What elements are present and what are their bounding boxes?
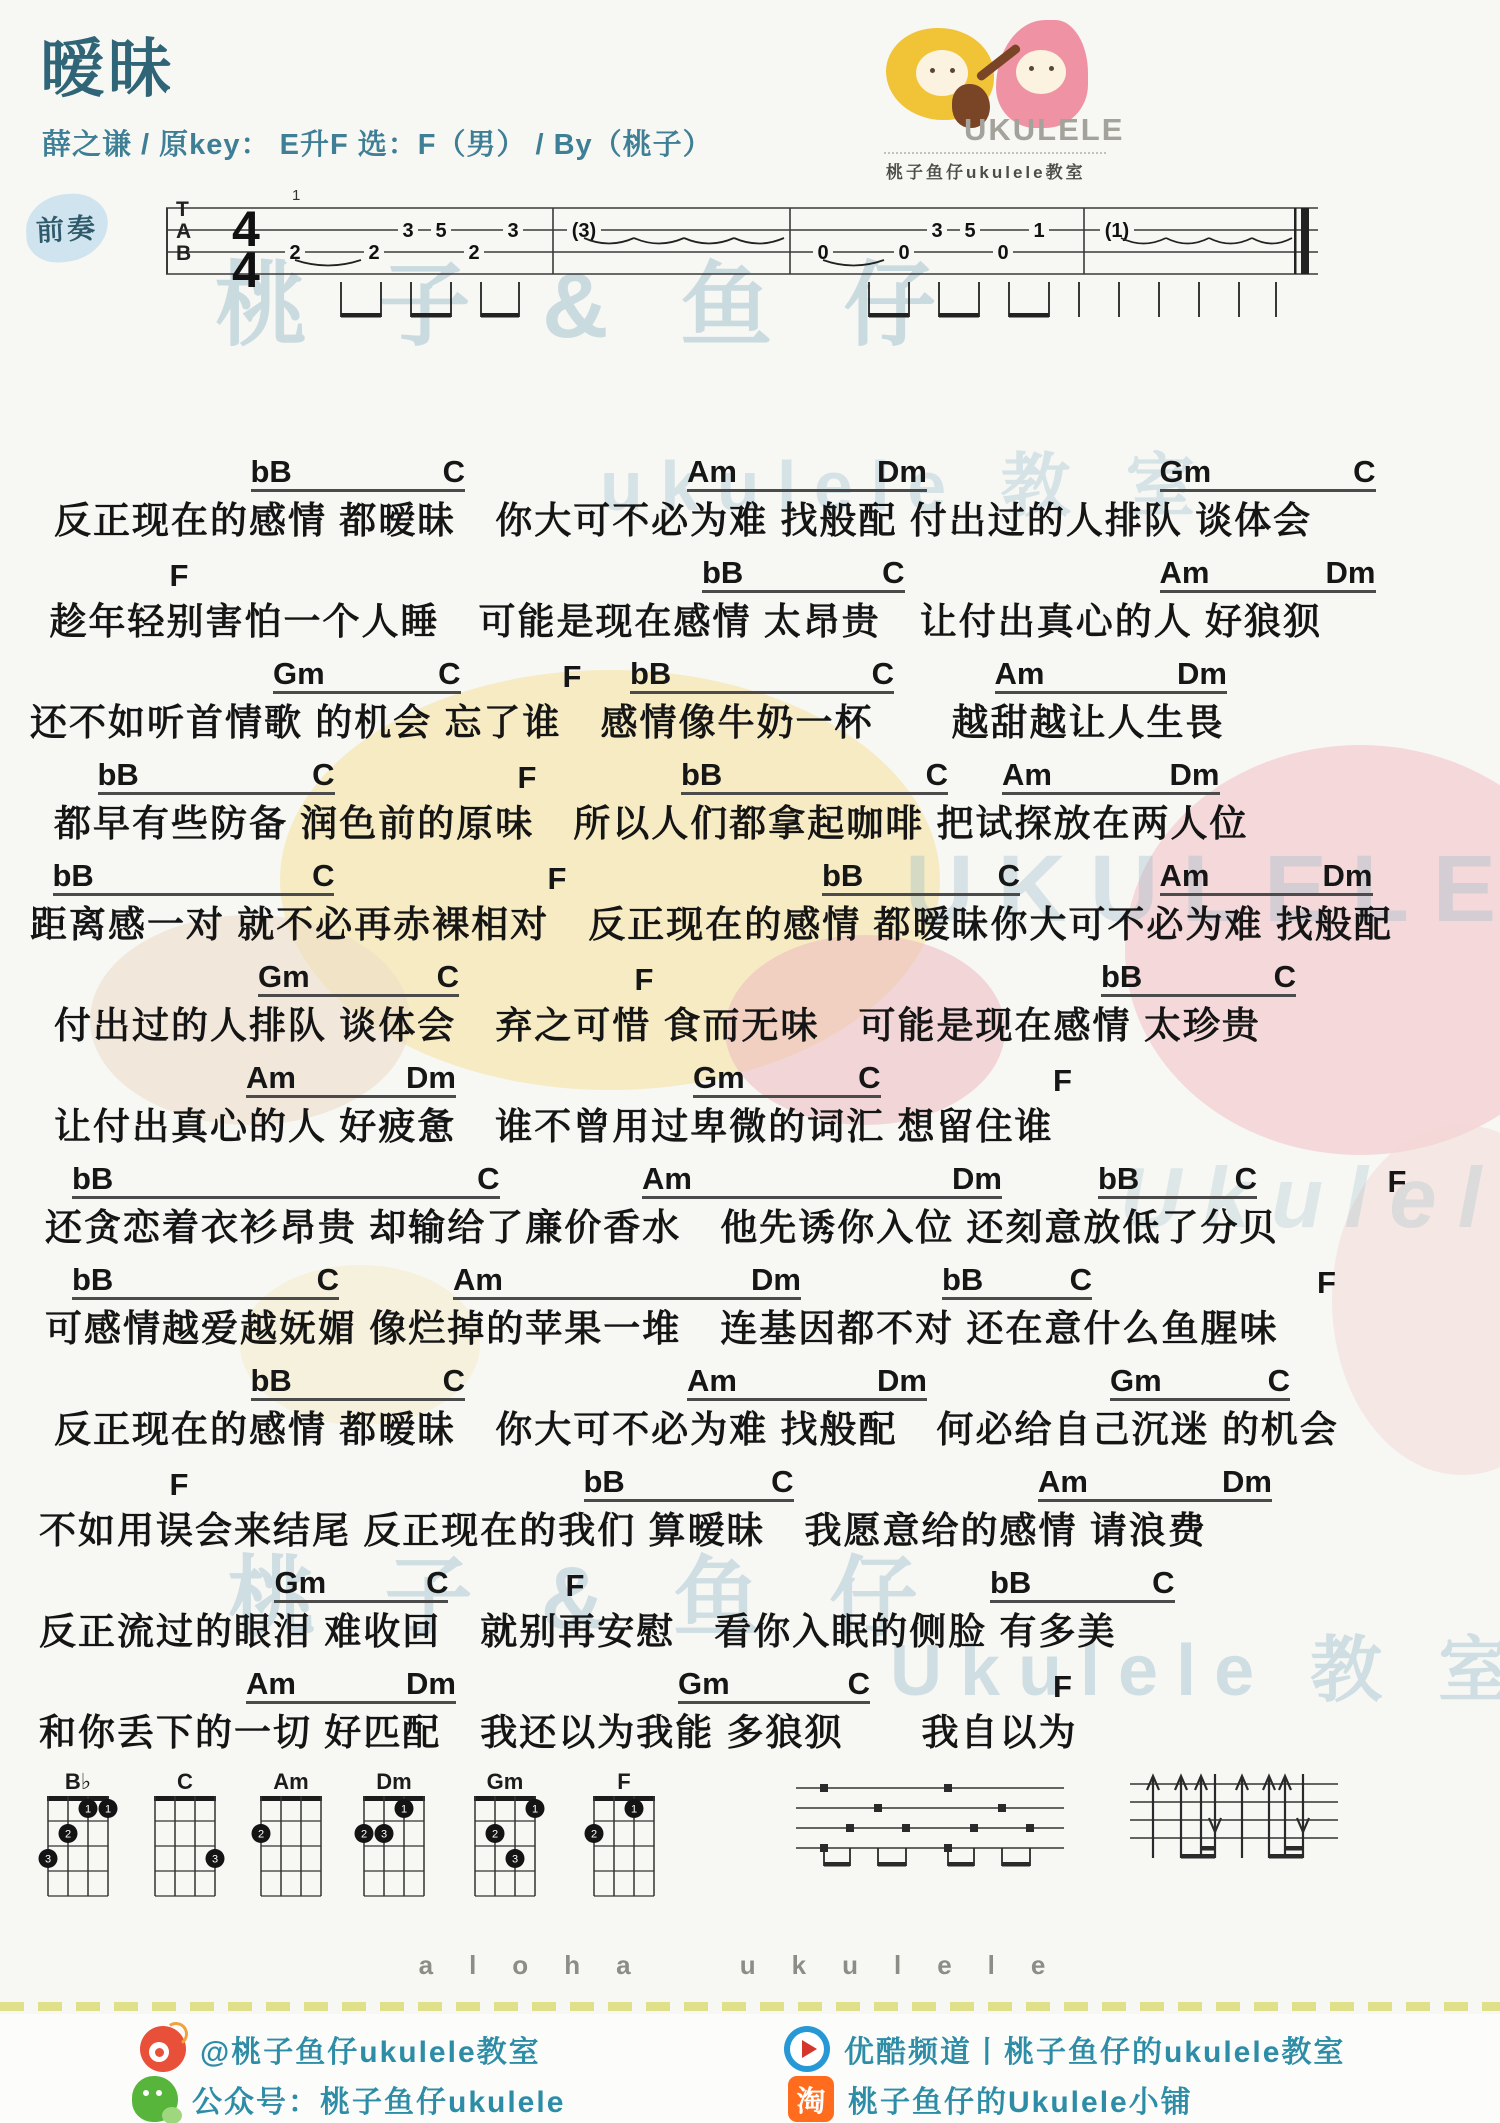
chord-row: bBCFbBCAmDm	[0, 856, 1500, 898]
chord-label: F	[1317, 1267, 1336, 1298]
chord-row: bBCAmDmGmC	[0, 1361, 1500, 1403]
song-meta: 薛之谦 / 原key： E升F 选：F（男） / By（桃子）	[42, 122, 713, 163]
logo-caption: 桃子鱼仔ukulele教室	[886, 158, 1086, 183]
chord-label: Am	[995, 658, 1045, 689]
chord-label: bB	[251, 456, 292, 487]
chord-group: F	[1388, 1166, 1407, 1199]
svg-text:1: 1	[105, 1804, 111, 1816]
chord-group: bBC	[98, 759, 335, 795]
chord-label: Am	[246, 1668, 296, 1699]
chord-label: Gm	[678, 1668, 730, 1699]
chord-group: bBC	[251, 456, 466, 492]
chord-label: C	[858, 1062, 880, 1093]
chord-label: Dm	[751, 1264, 801, 1295]
footer-weibo: @桃子鱼仔ukulele教室	[140, 2026, 541, 2072]
chord-label: C	[426, 1567, 448, 1598]
chord-diagram-section: B♭1123C3Am2Dm123Gm123F12	[0, 1772, 1500, 1942]
chord-label: C	[477, 1163, 499, 1194]
chord-label: Am	[453, 1264, 503, 1295]
lyrics-section: bBCAmDmGmC反正现在的感情 都暧昧 你大可不必为难 找般配 付出过的人排…	[0, 452, 1500, 1765]
chord-label: C	[771, 1466, 793, 1497]
chord-label: C	[1268, 1365, 1290, 1396]
svg-text:3: 3	[45, 1854, 51, 1866]
svg-text:2: 2	[368, 242, 379, 264]
chord-group: bBC	[1098, 1163, 1257, 1199]
svg-text:3: 3	[931, 220, 942, 242]
chord-group: GmC	[1160, 456, 1376, 492]
chord-label: C	[312, 860, 334, 891]
chord-row: bBCAmDmbBCF	[0, 1159, 1500, 1201]
svg-text:2: 2	[492, 1829, 498, 1841]
chord-row: bBCAmDmGmC	[0, 452, 1500, 494]
chord-label: Dm	[1323, 860, 1373, 891]
chord-row: AmDmGmCF	[0, 1664, 1500, 1706]
svg-text:3: 3	[381, 1829, 387, 1841]
lyric-line: 都早有些防备 润色前的原味 所以人们都拿起咖啡 把试探放在两人位	[0, 797, 1500, 851]
chord-diagram-F: F12	[582, 1772, 666, 1922]
page-title: 暧昧	[40, 18, 176, 110]
chord-label: Gm	[1160, 456, 1212, 487]
chord-label: C	[1353, 456, 1375, 487]
svg-text:0: 0	[898, 242, 909, 264]
footer-wechat: 公众号：桃子鱼仔ukulele	[132, 2076, 565, 2122]
chord-label: Am	[642, 1163, 692, 1194]
chord-group: AmDm	[995, 658, 1228, 694]
chord-row: FbBCAmDm	[0, 553, 1500, 595]
chord-group: bBC	[702, 557, 905, 593]
chord-label: Gm	[258, 961, 310, 992]
chord-group: F	[518, 762, 537, 795]
chord-label: Am	[1038, 1466, 1088, 1497]
chord-label: C	[443, 1365, 465, 1396]
chord-group: AmDm	[1038, 1466, 1272, 1502]
chord-label: bB	[584, 1466, 625, 1497]
aloha-ukulele-text: aloha ukulele	[0, 1950, 1500, 1981]
chord-group: AmDm	[1160, 557, 1376, 593]
chord-label: bB	[1101, 961, 1142, 992]
chord-label: Gm	[693, 1062, 745, 1093]
chord-group: bBC	[584, 1466, 794, 1502]
strum-pattern	[1124, 1770, 1344, 1890]
footer: @桃子鱼仔ukulele教室 优酷频道丨桃子鱼仔的ukulele教室 公众号：桃…	[0, 2014, 1500, 2123]
footer-wechat-text: 公众号：桃子鱼仔ukulele	[192, 2077, 565, 2121]
song-line: FbBCAmDm不如用误会来结尾 反正现在的我们 算暧昧 我愿意给的感情 请浪费	[0, 1462, 1500, 1563]
song-line: FbBCAmDm趁年轻别害怕一个人睡 可能是现在感情 太昂贵 让付出真心的人 好…	[0, 553, 1500, 654]
chord-label: Gm	[273, 658, 325, 689]
svg-text:3: 3	[512, 1854, 518, 1866]
chord-group: bBC	[1101, 961, 1296, 997]
chord-label: bB	[630, 658, 671, 689]
chord-label: C	[1274, 961, 1296, 992]
chord-label: Dm	[877, 456, 927, 487]
wechat-icon	[132, 2076, 178, 2122]
chord-group: GmC	[1110, 1365, 1290, 1401]
lyric-line: 还不如听首情歌 的机会 忘了谁 感情像牛奶一杯 越甜越让人生畏	[0, 696, 1500, 750]
lyric-line: 付出过的人排队 谈体会 弃之可惜 食而无味 可能是现在感情 太珍贵	[0, 999, 1500, 1053]
chord-label: C	[882, 557, 904, 588]
chord-label: Am	[687, 1365, 737, 1396]
intro-tab-staff: TAB441223523(3)003501(1)	[166, 186, 1326, 361]
chord-label: C	[998, 860, 1020, 891]
song-line: bBCAmDmGmC反正现在的感情 都暧昧 你大可不必为难 找般配 何必给自己沉…	[0, 1361, 1500, 1462]
chord-group: GmC	[693, 1062, 881, 1098]
svg-text:Dm: Dm	[376, 1772, 411, 1794]
chord-label: Dm	[952, 1163, 1002, 1194]
footer-taobao-text: 桃子鱼仔的Ukulele小铺	[848, 2077, 1193, 2121]
svg-text:2: 2	[591, 1829, 597, 1841]
chord-group: bBC	[53, 860, 335, 896]
chord-label: Gm	[1110, 1365, 1162, 1396]
chord-label: Dm	[406, 1062, 456, 1093]
chord-group: AmDm	[246, 1668, 456, 1704]
chord-diagram-C: C3	[143, 1772, 227, 1922]
chord-label: bB	[822, 860, 863, 891]
youku-icon	[784, 2026, 830, 2072]
chord-group: F	[563, 661, 582, 694]
svg-text:T: T	[176, 198, 189, 221]
svg-text:3: 3	[212, 1854, 218, 1866]
svg-text:C: C	[177, 1772, 193, 1794]
chord-group: AmDm	[1160, 860, 1373, 896]
song-line: bBCFbBCAmDm距离感一对 就不必再赤裸相对 反正现在的感情 都暧昧你大可…	[0, 856, 1500, 957]
svg-text:(1): (1)	[1105, 220, 1129, 242]
song-line: GmCFbBC反正流过的眼泪 难收回 就别再安慰 看你入眠的侧脸 有多美	[0, 1563, 1500, 1664]
lyric-line: 趁年轻别害怕一个人睡 可能是现在感情 太昂贵 让付出真心的人 好狼狈	[0, 595, 1500, 649]
studio-logo: UKULELE 桃子鱼仔ukulele教室	[878, 16, 1108, 176]
svg-text:B: B	[176, 242, 191, 265]
svg-text:5: 5	[435, 220, 446, 242]
lyric-line: 还贪恋着衣衫昂贵 却输给了廉价香水 他先诱你入位 还刻意放低了分贝	[0, 1201, 1500, 1255]
svg-text:A: A	[176, 220, 191, 243]
svg-text:0: 0	[997, 242, 1008, 264]
chord-label: Am	[1002, 759, 1052, 790]
footer-taobao: 淘 桃子鱼仔的Ukulele小铺	[788, 2076, 1193, 2122]
chord-label: bB	[942, 1264, 983, 1295]
chord-row: AmDmGmCF	[0, 1058, 1500, 1100]
chord-label: bB	[72, 1264, 113, 1295]
picking-pattern	[790, 1776, 1070, 1876]
chord-row: bBCFbBCAmDm	[0, 755, 1500, 797]
chord-label: C	[1152, 1567, 1174, 1598]
chord-label: bB	[98, 759, 139, 790]
dashed-divider	[0, 2002, 1500, 2011]
chord-label: Am	[687, 456, 737, 487]
chord-label: Gm	[274, 1567, 326, 1598]
logo-divider	[884, 152, 1106, 154]
chord-group: AmDm	[687, 1365, 927, 1401]
chord-group: F	[170, 1469, 189, 1502]
svg-text:1: 1	[85, 1804, 91, 1816]
svg-text:3: 3	[507, 220, 518, 242]
intro-badge: 前奏	[24, 192, 109, 264]
taobao-icon: 淘	[788, 2076, 834, 2122]
chord-label: F	[518, 762, 537, 793]
chord-sheet-page: 桃 子 & 鱼 仔ukulele 教 室UKULELEUkulele桃 子 & …	[0, 0, 1500, 2123]
svg-text:5: 5	[964, 220, 975, 242]
svg-text:1: 1	[532, 1804, 538, 1816]
chord-label: C	[437, 961, 459, 992]
chord-label: bB	[1098, 1163, 1139, 1194]
chord-group: bBC	[251, 1365, 466, 1401]
chord-diagram-Gm: Gm123	[463, 1772, 547, 1922]
chord-row: GmCFbBC	[0, 957, 1500, 999]
footer-youku-text: 优酷频道丨桃子鱼仔的ukulele教室	[844, 2027, 1345, 2071]
chord-label: F	[1388, 1166, 1407, 1197]
svg-text:1: 1	[292, 187, 300, 204]
lyric-line: 反正现在的感情 都暧昧 你大可不必为难 找般配 付出过的人排队 谈体会	[0, 494, 1500, 548]
chord-group: GmC	[273, 658, 461, 694]
chord-label: bB	[72, 1163, 113, 1194]
chord-diagram-Am: Am2	[249, 1772, 333, 1922]
svg-text:2: 2	[361, 1829, 367, 1841]
song-line: bBCAmDmbBCF还贪恋着衣衫昂贵 却输给了廉价香水 他先诱你入位 还刻意放…	[0, 1159, 1500, 1260]
chord-label: bB	[53, 860, 94, 891]
svg-text:F: F	[617, 1772, 630, 1794]
chord-group: bBC	[990, 1567, 1175, 1603]
svg-text:B♭: B♭	[65, 1772, 91, 1794]
chord-group: F	[1053, 1065, 1072, 1098]
chord-group: AmDm	[453, 1264, 801, 1300]
chord-group: AmDm	[687, 456, 927, 492]
song-line: GmCFbBCAmDm还不如听首情歌 的机会 忘了谁 感情像牛奶一杯 越甜越让人…	[0, 654, 1500, 755]
song-line: bBCFbBCAmDm都早有些防备 润色前的原味 所以人们都拿起咖啡 把试探放在…	[0, 755, 1500, 856]
chord-label: Am	[1160, 860, 1210, 891]
chord-group: F	[1053, 1671, 1072, 1704]
chord-label: C	[312, 759, 334, 790]
chord-label: F	[170, 1469, 189, 1500]
chord-group: bBC	[942, 1264, 1092, 1300]
svg-text:2: 2	[65, 1829, 71, 1841]
chord-group: F	[635, 964, 654, 997]
svg-text:2: 2	[468, 242, 479, 264]
chord-row: GmCFbBCAmDm	[0, 654, 1500, 696]
lyric-line: 距离感一对 就不必再赤裸相对 反正现在的感情 都暧昧你大可不必为难 找般配	[0, 898, 1500, 952]
chord-label: F	[1053, 1065, 1072, 1096]
lyric-line: 让付出真心的人 好疲惫 谁不曾用过卑微的词汇 想留住谁	[0, 1100, 1500, 1154]
footer-weibo-text: @桃子鱼仔ukulele教室	[200, 2027, 541, 2071]
weibo-icon	[140, 2026, 186, 2072]
svg-text:Gm: Gm	[487, 1772, 524, 1794]
chord-group: F	[548, 863, 567, 896]
chord-group: bBC	[72, 1264, 339, 1300]
svg-text:1: 1	[1033, 220, 1044, 242]
svg-text:3: 3	[402, 220, 413, 242]
chord-label: C	[848, 1668, 870, 1699]
lyric-line: 和你丢下的一切 好匹配 我还以为我能 多狼狈 我自以为	[0, 1706, 1500, 1760]
chord-diagram-B♭: B♭1123	[36, 1772, 120, 1922]
chord-group: bBC	[630, 658, 894, 694]
chord-group: bBC	[681, 759, 948, 795]
chord-label: Dm	[406, 1668, 456, 1699]
chord-group: AmDm	[642, 1163, 1002, 1199]
chord-label: C	[1070, 1264, 1092, 1295]
chord-label: Dm	[1222, 1466, 1272, 1497]
chord-label: C	[926, 759, 948, 790]
chord-label: C	[317, 1264, 339, 1295]
chord-label: F	[635, 964, 654, 995]
chord-label: C	[438, 658, 460, 689]
chord-label: F	[1053, 1671, 1072, 1702]
chord-label: bB	[681, 759, 722, 790]
chord-label: Dm	[1170, 759, 1220, 790]
svg-text:1: 1	[401, 1804, 407, 1816]
chord-label: C	[872, 658, 894, 689]
chord-label: F	[548, 863, 567, 894]
svg-text:Am: Am	[273, 1772, 308, 1794]
song-line: GmCFbBC付出过的人排队 谈体会 弃之可惜 食而无味 可能是现在感情 太珍贵	[0, 957, 1500, 1058]
chord-label: C	[1235, 1163, 1257, 1194]
chord-group: AmDm	[246, 1062, 456, 1098]
chord-label: F	[170, 560, 189, 591]
chord-label: Am	[1160, 557, 1210, 588]
chord-label: F	[566, 1570, 585, 1601]
chord-row: bBCAmDmbBCF	[0, 1260, 1500, 1302]
chord-group: F	[566, 1570, 585, 1603]
lyric-line: 反正流过的眼泪 难收回 就别再安慰 看你入眠的侧脸 有多美	[0, 1605, 1500, 1659]
chord-label: Dm	[877, 1365, 927, 1396]
chord-label: bB	[251, 1365, 292, 1396]
chord-group: GmC	[678, 1668, 870, 1704]
svg-text:1: 1	[631, 1804, 637, 1816]
logo-brand-text: UKULELE	[964, 112, 1124, 148]
chord-label: Dm	[1326, 557, 1376, 588]
lyric-line: 反正现在的感情 都暧昧 你大可不必为难 找般配 何必给自己沉迷 的机会	[0, 1403, 1500, 1457]
song-line: bBCAmDmGmC反正现在的感情 都暧昧 你大可不必为难 找般配 付出过的人排…	[0, 452, 1500, 553]
chord-group: bBC	[822, 860, 1020, 896]
chord-label: C	[443, 456, 465, 487]
chord-label: F	[563, 661, 582, 692]
chord-diagram-Dm: Dm123	[352, 1772, 436, 1922]
chord-group: GmC	[258, 961, 459, 997]
chord-group: F	[170, 560, 189, 593]
svg-text:2: 2	[258, 1829, 264, 1841]
lyric-line: 可感情越爱越妩媚 像烂掉的苹果一堆 连基因都不对 还在意什么鱼腥味	[0, 1302, 1500, 1356]
chord-row: FbBCAmDm	[0, 1462, 1500, 1504]
chord-group: GmC	[274, 1567, 448, 1603]
chord-label: bB	[990, 1567, 1031, 1598]
footer-youku: 优酷频道丨桃子鱼仔的ukulele教室	[784, 2026, 1345, 2072]
chord-label: Am	[246, 1062, 296, 1093]
chord-group: AmDm	[1002, 759, 1220, 795]
svg-text:4: 4	[232, 242, 260, 298]
chord-label: bB	[702, 557, 743, 588]
chord-row: GmCFbBC	[0, 1563, 1500, 1605]
song-line: bBCAmDmbBCF可感情越爱越妩媚 像烂掉的苹果一堆 连基因都不对 还在意什…	[0, 1260, 1500, 1361]
chord-label: Dm	[1177, 658, 1227, 689]
chord-group: bBC	[72, 1163, 500, 1199]
lyric-line: 不如用误会来结尾 反正现在的我们 算暧昧 我愿意给的感情 请浪费	[0, 1504, 1500, 1558]
song-line: AmDmGmCF让付出真心的人 好疲惫 谁不曾用过卑微的词汇 想留住谁	[0, 1058, 1500, 1159]
chord-group: F	[1317, 1267, 1336, 1300]
song-line: AmDmGmCF和你丢下的一切 好匹配 我还以为我能 多狼狈 我自以为	[0, 1664, 1500, 1765]
